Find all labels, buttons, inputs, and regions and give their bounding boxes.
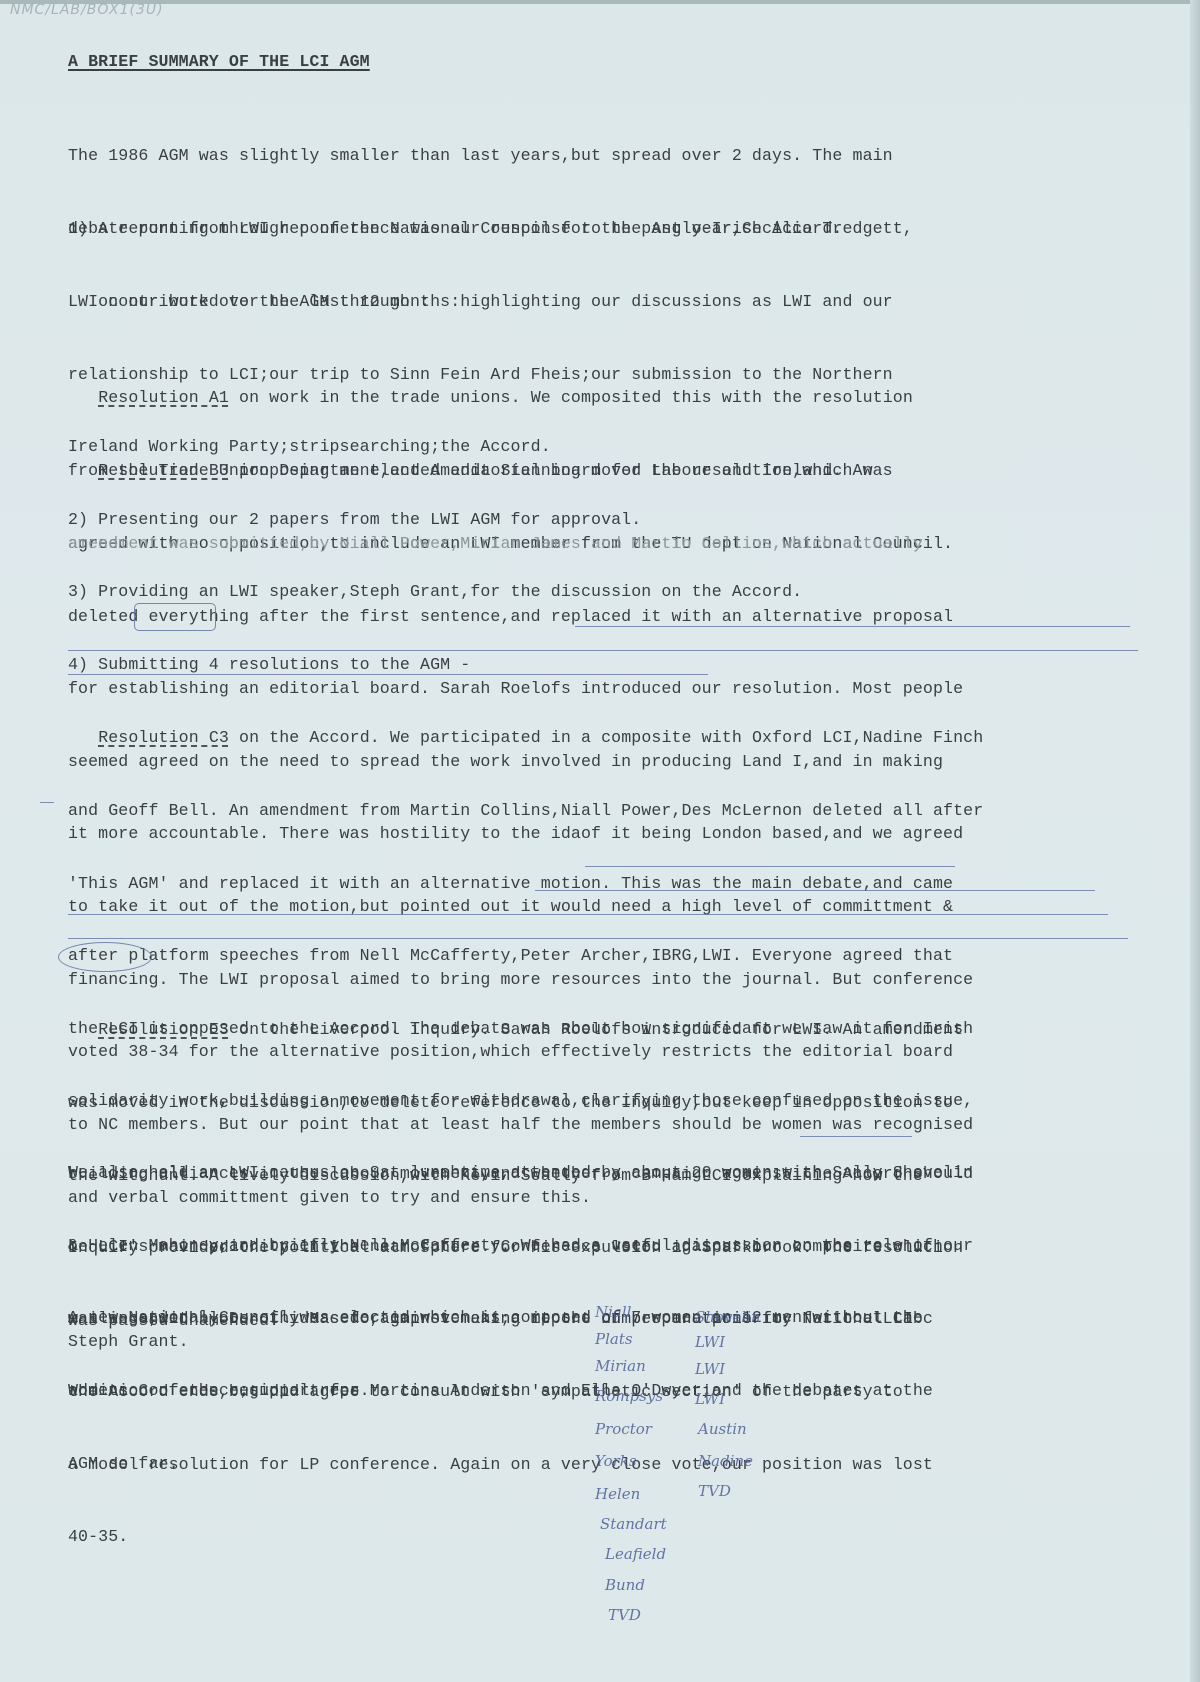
- handwritten-group: Nadine: [698, 1452, 753, 1470]
- caucus-line: We also held an LWI caucus on Sat luncht…: [68, 1161, 973, 1185]
- resolution-line: was moved in the discussion,to delete re…: [68, 1091, 963, 1115]
- handwritten-group: LWI: [695, 1390, 725, 1408]
- handwritten-name: Proctor: [595, 1420, 652, 1438]
- council-line: A new National Council was elected which…: [68, 1306, 923, 1330]
- resolution-label: Resolution B3: [98, 461, 229, 480]
- vote-circle-b3: [134, 603, 216, 631]
- resolution-label: Resolution A1: [98, 388, 229, 407]
- pen-underline: [800, 1136, 912, 1137]
- handwritten-name: Yorks: [595, 1452, 637, 1470]
- resolution-line: after platform speeches from Nell McCaff…: [68, 944, 983, 968]
- resolution-line: 40-35.: [68, 1525, 983, 1549]
- resolution-line: 'This AGM' and replaced it with an alter…: [68, 872, 983, 896]
- caucus-line: & Helen Mahoney,and briefly Nell McCaffe…: [68, 1234, 973, 1258]
- handwritten-group: Shovelin: [695, 1308, 761, 1326]
- vote-circle-c3: [58, 942, 152, 972]
- resolution-line: and Geoff Bell. An amendment from Martin…: [68, 799, 983, 823]
- intro-line: The 1986 AGM was slightly smaller than l…: [68, 144, 893, 168]
- handwritten-name: Bund: [605, 1576, 645, 1594]
- pen-underline: [535, 890, 1095, 891]
- resolution-line: amendment was submitted,by Niall Power,M…: [68, 532, 973, 556]
- handwritten-group: LWI: [695, 1360, 725, 1378]
- handwritten-name: Niall: [595, 1303, 631, 1321]
- pen-underline: [68, 938, 1128, 939]
- resolution-label: Resolution C3: [98, 728, 229, 747]
- caucus-line: AGM so far.: [68, 1452, 973, 1476]
- handwritten-group: LWI: [695, 1333, 725, 1351]
- pen-underline: [68, 914, 1108, 915]
- handwritten-name: Helen: [595, 1485, 640, 1503]
- scan-edge-right: [1190, 0, 1200, 1682]
- contribution-line: on our work over the last 12 months:high…: [68, 290, 913, 314]
- signature: Steph Grant.: [68, 1330, 189, 1354]
- archive-reference: NMC/LAB/BOX1(3U): [10, 2, 164, 18]
- pen-underline: [68, 674, 708, 675]
- handwritten-group: TVD: [698, 1482, 731, 1500]
- contribution-line: 1) A report from LWI rep on the National…: [68, 217, 913, 241]
- handwritten-name: Mirian: [595, 1357, 646, 1375]
- pen-underline: [575, 626, 1130, 627]
- resolution-label: Resolution E3: [98, 1020, 229, 1039]
- document-page: NMC/LAB/BOX1(3U) A BRIEF SUMMARY OF THE …: [0, 0, 1200, 1682]
- handwritten-name: TVD: [608, 1606, 641, 1624]
- pen-underline: [68, 650, 1138, 651]
- document-title: A BRIEF SUMMARY OF THE LCI AGM: [68, 50, 370, 74]
- handwritten-name: Standart: [600, 1515, 667, 1533]
- handwritten-name: Leafield: [605, 1545, 666, 1563]
- handwritten-group: Austin: [698, 1420, 747, 1438]
- council-paragraph: A new National Council was elected which…: [68, 1258, 923, 1452]
- pen-mark: [40, 802, 54, 803]
- pen-underline: [585, 866, 955, 867]
- handwritten-name: Plats: [595, 1330, 633, 1348]
- handwritten-name: Rompsys: [595, 1387, 663, 1405]
- scan-edge-top: [0, 0, 1200, 4]
- council-line: addition of the regional reps.: [68, 1379, 923, 1403]
